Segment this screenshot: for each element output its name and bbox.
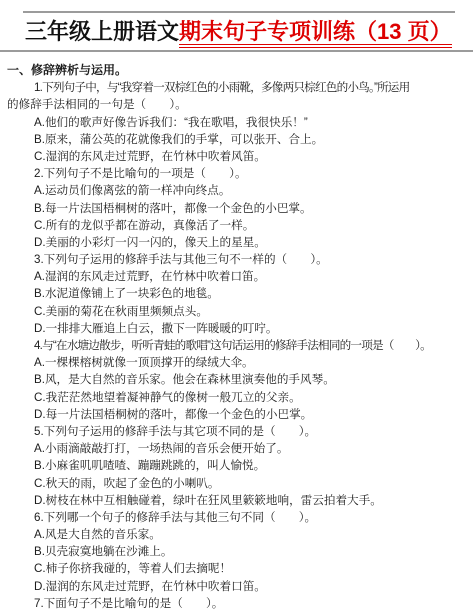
option-line: A.湿润的东风走过荒野，在竹林中吹着口笛。	[7, 268, 473, 285]
option-line: C.秋天的雨，吹起了金色的小喇叭。	[7, 475, 473, 492]
question-stem-line: 3.下列句子运用的修辞手法与其他三句不一样的（ ）。	[7, 251, 473, 268]
option-line: A.他们的歌声好像告诉我们：“我在歌唱，我很快乐！”	[7, 114, 473, 131]
question-stem-line: 的修辞手法相同的一句是（ ）。	[7, 96, 473, 113]
option-line: C.所有的龙似乎都在游动，真像活了一样。	[7, 217, 473, 234]
question-stem-line: 6.下列哪一个句子的修辞手法与其他三句不同（ ）。	[7, 509, 473, 526]
option-line: D.一排排大雁追上白云，撒下一阵暖暖的叮咛。	[7, 320, 473, 337]
section-heading: 一、修辞辨析与运用。	[7, 62, 473, 79]
question-stem-line: 7.下面句子不是比喻句的是（ ）。	[7, 595, 473, 612]
option-line: A.运动员们像离弦的箭一样冲向终点。	[7, 182, 473, 199]
option-line: B.水泥道像铺上了一块彩色的地毯。	[7, 285, 473, 302]
option-line: B.每一片法国梧桐树的落叶，都像一个金色的小巴掌。	[7, 200, 473, 217]
title-box-top-border	[23, 11, 455, 13]
option-line: C.我茫茫然地望着凝神静气的像树一般兀立的父亲。	[7, 389, 473, 406]
option-line: A.小雨滴敲敲打打，一场热闹的音乐会便开始了。	[7, 440, 473, 457]
option-line: D.每一片法国梧桐树的落叶，都像一个金色的小巴掌。	[7, 406, 473, 423]
option-line: C.湿润的东风走过荒野，在竹林中吹着风笛。	[7, 148, 473, 165]
title-topic-part: 期末句子专项训练（13 页）	[179, 19, 452, 48]
option-line: C.美丽的菊花在秋雨里频频点头。	[7, 303, 473, 320]
question-stem-line: 2.下列句子不是比喻句的一项是（ ）。	[7, 165, 473, 182]
option-line: D.树枝在林中互相触碰着，绿叶在狂风里簌簌地响，雷云拍着大手。	[7, 492, 473, 509]
title-box-bottom-border	[0, 50, 473, 52]
option-line: C.柿子你挤我碰的，等着人们去摘呢！	[7, 560, 473, 577]
question-stem-line: 1.下列句子中，与“我穿着一双棕红色的小雨靴，多像两只棕红色的小鸟。”所运用	[7, 79, 473, 96]
option-line: B.原来，蒲公英的花就像我们的手掌，可以张开、合上。	[7, 131, 473, 148]
option-line: D.美丽的小彩灯一闪一闪的，像天上的星星。	[7, 234, 473, 251]
question-stem-line: 4.与“在水塘边散步，听听青蛙的歌唱”这句话运用的修辞手法相同的一项是（ ）。	[7, 337, 473, 354]
question-stem-line: 5.下列句子运用的修辞手法与其它项不同的是（ ）。	[7, 423, 473, 440]
questions: 1.下列句子中，与“我穿着一双棕红色的小雨靴，多像两只棕红色的小鸟。”所运用的修…	[7, 79, 473, 612]
title-grade-part: 三年级上册语文	[25, 19, 179, 44]
option-line: B.风，是大自然的音乐家。他会在森林里演奏他的手风琴。	[7, 371, 473, 388]
option-line: A.一棵棵榕树就像一顶顶撑开的绿绒大伞。	[7, 354, 473, 371]
document-body: 一、修辞辨析与运用。 1.下列句子中，与“我穿着一双棕红色的小雨靴，多像两只棕红…	[7, 62, 473, 612]
option-line: A.风是大自然的音乐家。	[7, 526, 473, 543]
page-title: 三年级上册语文期末句子专项训练（13 页）	[25, 15, 452, 46]
option-line: D.湿润的东风走过荒野，在竹林中吹着口笛。	[7, 578, 473, 595]
worksheet-page: 三年级上册语文期末句子专项训练（13 页） 一、修辞辨析与运用。 1.下列句子中…	[0, 0, 475, 615]
option-line: B.小麻雀叽叽喳喳、蹦蹦跳跳的，叫人愉悦。	[7, 457, 473, 474]
option-line: B.贝壳寂寞地躺在沙滩上。	[7, 543, 473, 560]
